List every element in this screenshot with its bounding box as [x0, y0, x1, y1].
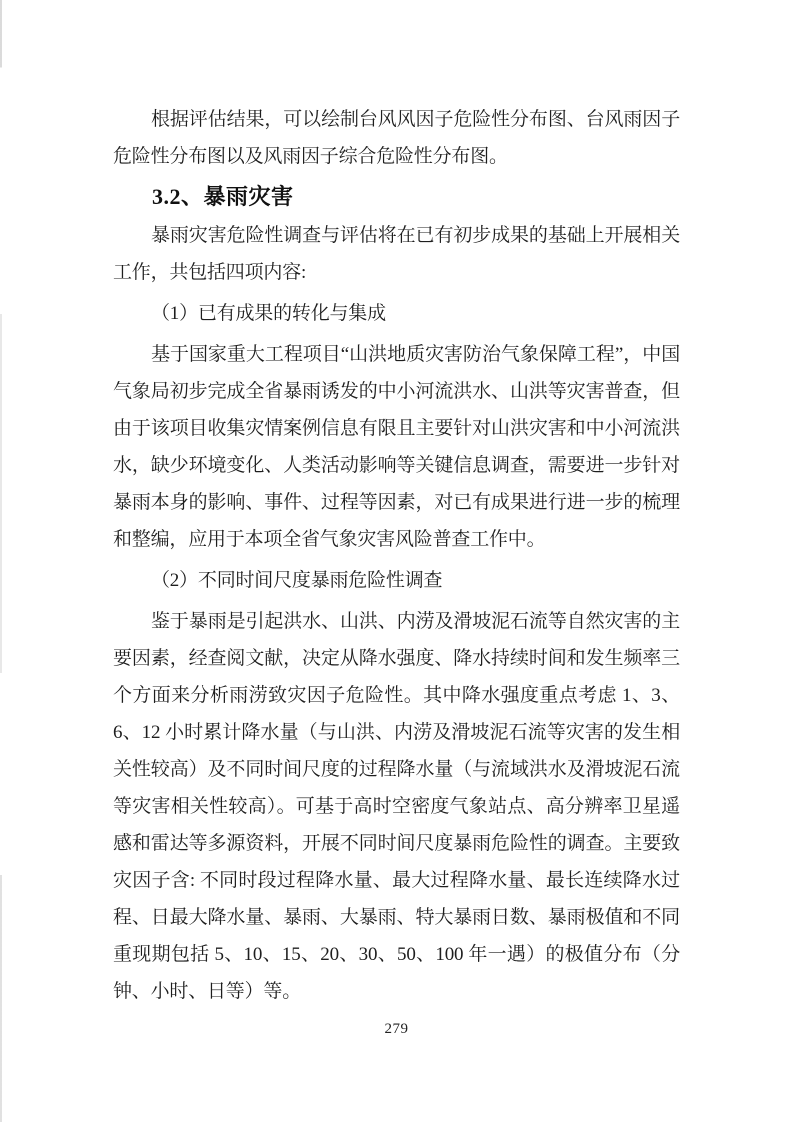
paragraph-rainstorm-survey-overview: 暴雨灾害危险性调查与评估将在已有初步成果的基础上开展相关工作，共包括四项内容:: [113, 217, 680, 291]
item-heading-1-existing-results: （1）已有成果的转化与集成: [113, 295, 680, 332]
paragraph-typhoon-assessment-result: 根据评估结果，可以绘制台风风因子危险性分布图、台风雨因子危险性分布图以及风雨因子…: [113, 101, 680, 175]
page-scan-edge: [0, 0, 2, 1122]
page-content: 根据评估结果，可以绘制台风风因子危险性分布图、台风雨因子危险性分布图以及风雨因子…: [113, 101, 680, 1010]
paragraph-time-scale-survey-detail: 鉴于暴雨是引起洪水、山洪、内涝及滑坡泥石流等自然灾害的主要因素，经查阅文献，决定…: [113, 603, 680, 1010]
item-heading-2-time-scale-survey: （2）不同时间尺度暴雨危险性调查: [113, 562, 680, 599]
document-page: 根据评估结果，可以绘制台风风因子危险性分布图、台风雨因子危险性分布图以及风雨因子…: [0, 0, 793, 1122]
page-number: 279: [0, 1018, 793, 1040]
section-heading-3-2-rainstorm-disaster: 3.2、暴雨灾害: [113, 177, 680, 217]
paragraph-existing-results-detail: 基于国家重大工程项目“山洪地质灾害防治气象保障工程”，中国气象局初步完成全省暴雨…: [113, 336, 680, 558]
